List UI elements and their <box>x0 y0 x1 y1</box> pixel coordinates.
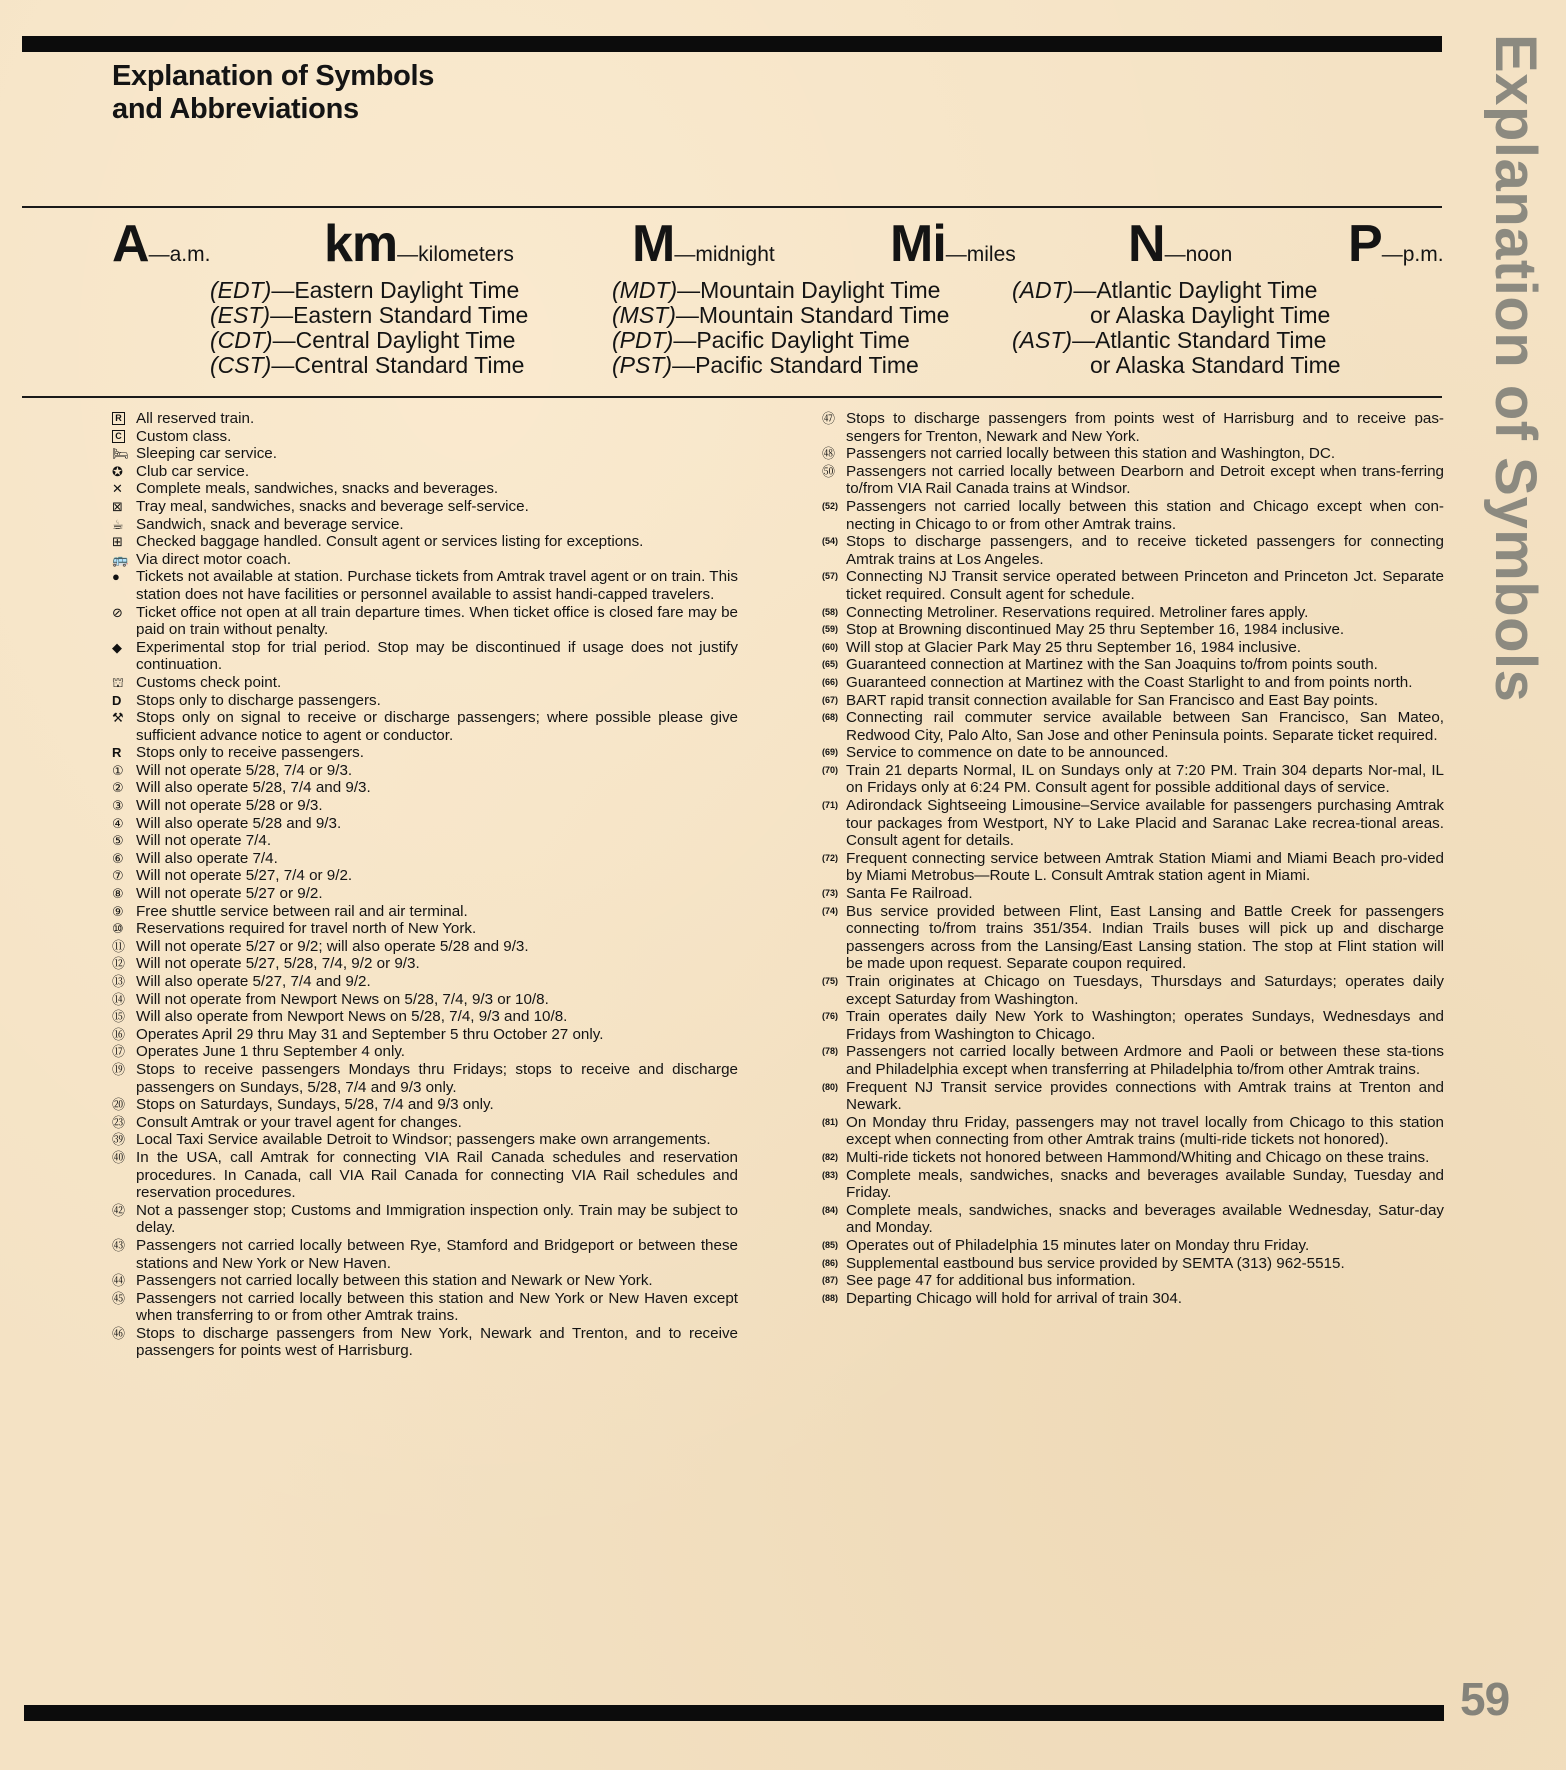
abbr-midnight: M —midnight <box>632 218 775 270</box>
circled-57-icon: (57) <box>822 568 846 586</box>
note-text: Stops to receive passengers Mondays thru… <box>136 1061 738 1096</box>
note-item: (75)Train originates at Chicago on Tuesd… <box>822 973 1444 1008</box>
circled-67-icon: (67) <box>822 692 846 710</box>
circled-19-icon: ⑲ <box>112 1061 136 1079</box>
circled-9-icon: ⑨ <box>112 903 136 921</box>
note-text: Sleeping car service. <box>136 445 738 463</box>
note-item: ⊘Ticket office not open at all train dep… <box>112 604 738 639</box>
abbr-meaning: —miles <box>946 243 1016 267</box>
receive-letter-icon: R <box>112 744 136 762</box>
circled-47-icon: ㊼ <box>822 410 846 428</box>
note-text: Train operates daily New York to Washing… <box>846 1008 1444 1043</box>
note-item: ✪Club car service. <box>112 463 738 481</box>
note-item: (86)Supplemental eastbound bus service p… <box>822 1255 1444 1273</box>
note-item: ㊽Passengers not carried locally between … <box>822 445 1444 463</box>
abbr-symbol: A <box>112 218 149 270</box>
circled-45-icon: ㊺ <box>112 1290 136 1308</box>
note-text: Customs check point. <box>136 674 738 692</box>
note-item: ☕Sandwich, snack and beverage service. <box>112 516 738 534</box>
circled-81-icon: (81) <box>822 1114 846 1132</box>
circled-68-icon: (68) <box>822 709 846 727</box>
note-item: CCustom class. <box>112 428 738 446</box>
circled-42-icon: ㊷ <box>112 1202 136 1220</box>
note-item: ㊼Stops to discharge passengers from poin… <box>822 410 1444 445</box>
note-text: Club car service. <box>136 463 738 481</box>
note-text: Stops to discharge passengers, and to re… <box>846 533 1444 568</box>
note-item: (70)Train 21 departs Normal, IL on Sunda… <box>822 762 1444 797</box>
note-item: (73)Santa Fe Railroad. <box>822 885 1444 903</box>
circled-12-icon: ⑫ <box>112 955 136 973</box>
note-text: Connecting rail commuter service availab… <box>846 709 1444 744</box>
tz-line: (ADT)—Atlantic Daylight Time <box>1012 278 1341 303</box>
note-item: ⑥Will also operate 7/4. <box>112 850 738 868</box>
note-item: (80)Frequent NJ Transit service provides… <box>822 1079 1444 1114</box>
tray-meal-icon: ⊠ <box>112 498 136 516</box>
note-text: Frequent connecting service between Amtr… <box>846 850 1444 885</box>
no-ticket-office-icon: ⊘ <box>112 604 136 622</box>
note-item: ⑩Reservations required for travel north … <box>112 920 738 938</box>
note-item: ✕Complete meals, sandwiches, snacks and … <box>112 480 738 498</box>
abbr-meaning: —midnight <box>674 243 774 267</box>
bottom-rule <box>24 1705 1444 1721</box>
circled-2-icon: ② <box>112 779 136 797</box>
note-text: Experimental stop for trial period. Stop… <box>136 639 738 674</box>
note-text: Stops to discharge passengers from point… <box>846 410 1444 445</box>
note-item: 🛏Sleeping car service. <box>112 445 738 463</box>
sleeping-car-icon: 🛏 <box>112 445 136 463</box>
tz-line: or Alaska Daylight Time <box>1012 303 1341 328</box>
note-text: Will not operate 5/27 or 9/2; will also … <box>136 938 738 956</box>
abbr-symbol: km <box>324 218 397 270</box>
note-item: ㊻Stops to discharge passengers from New … <box>112 1325 738 1360</box>
notes-right-column: ㊼Stops to discharge passengers from poin… <box>822 410 1444 1307</box>
note-text: Tickets not available at station. Purcha… <box>136 568 738 603</box>
note-item: (71)Adirondack Sightseeing Limousine–Ser… <box>822 797 1444 850</box>
note-text: Will also operate 5/28 and 9/3. <box>136 815 738 833</box>
circled-80-icon: (80) <box>822 1079 846 1097</box>
tz-line: (PST)—Pacific Standard Time <box>612 353 949 378</box>
note-text: Passengers not carried locally between R… <box>136 1237 738 1272</box>
circled-82-icon: (82) <box>822 1149 846 1167</box>
circled-23-icon: ㉓ <box>112 1114 136 1132</box>
note-text: Will not operate 5/27 or 9/2. <box>136 885 738 903</box>
note-text: In the USA, call Amtrak for connecting V… <box>136 1149 738 1202</box>
custom-class-box-icon: C <box>112 428 136 446</box>
page-title: Explanation of Symbols and Abbreviations <box>112 60 434 126</box>
bullet-icon: ● <box>112 568 136 586</box>
note-item: DStops only to discharge passengers. <box>112 692 738 710</box>
note-text: Multi-ride tickets not honored between H… <box>846 1149 1444 1167</box>
circled-11-icon: ⑪ <box>112 938 136 956</box>
note-text: Guaranteed connection at Martinez with t… <box>846 674 1444 692</box>
note-text: Consult Amtrak or your travel agent for … <box>136 1114 738 1132</box>
note-item: ①Will not operate 5/28, 7/4 or 9/3. <box>112 762 738 780</box>
note-text: Tray meal, sandwiches, snacks and bevera… <box>136 498 738 516</box>
note-item: ㉓Consult Amtrak or your travel agent for… <box>112 1114 738 1132</box>
note-text: Connecting Metroliner. Reservations requ… <box>846 604 1444 622</box>
note-text: Train 21 departs Normal, IL on Sundays o… <box>846 762 1444 797</box>
circled-74-icon: (74) <box>822 903 846 921</box>
circled-83-icon: (83) <box>822 1167 846 1185</box>
note-item: ⊠Tray meal, sandwiches, snacks and bever… <box>112 498 738 516</box>
abbr-noon: N —noon <box>1128 218 1232 270</box>
note-text: Will not operate 5/28, 7/4 or 9/3. <box>136 762 738 780</box>
note-text: Will not operate 5/27, 5/28, 7/4, 9/2 or… <box>136 955 738 973</box>
note-item: ⑲Stops to receive passengers Mondays thr… <box>112 1061 738 1096</box>
note-item: (88)Departing Chicago will hold for arri… <box>822 1290 1444 1308</box>
note-text: Connecting NJ Transit service operated b… <box>846 568 1444 603</box>
note-text: Will also operate 5/27, 7/4 and 9/2. <box>136 973 738 991</box>
abbreviations-row: A —a.m. km —kilometers M —midnight Mi —m… <box>0 218 1445 278</box>
note-text: All reserved train. <box>136 410 738 428</box>
note-item: ⑯Operates April 29 thru May 31 and Septe… <box>112 1026 738 1044</box>
note-text: Service to commence on date to be announ… <box>846 744 1444 762</box>
note-item: (58)Connecting Metroliner. Reservations … <box>822 604 1444 622</box>
circled-17-icon: ⑰ <box>112 1043 136 1061</box>
baggage-icon: ⊞ <box>112 533 136 551</box>
note-item: (52)Passengers not carried locally betwe… <box>822 498 1444 533</box>
note-item: (85)Operates out of Philadelphia 15 minu… <box>822 1237 1444 1255</box>
note-item: ⑫Will not operate 5/27, 5/28, 7/4, 9/2 o… <box>112 955 738 973</box>
circled-75-icon: (75) <box>822 973 846 991</box>
note-item: RAll reserved train. <box>112 410 738 428</box>
note-item: ⊞Checked baggage handled. Consult agent … <box>112 533 738 551</box>
top-rule <box>22 36 1442 52</box>
note-text: Custom class. <box>136 428 738 446</box>
circled-50-icon: ㊿ <box>822 463 846 481</box>
abbr-am: A —a.m. <box>112 218 210 270</box>
circled-44-icon: ㊹ <box>112 1272 136 1290</box>
note-item: (82)Multi-ride tickets not honored betwe… <box>822 1149 1444 1167</box>
note-item: (65)Guaranteed connection at Martinez wi… <box>822 656 1444 674</box>
note-text: Not a passenger stop; Customs and Immigr… <box>136 1202 738 1237</box>
note-text: Passengers not carried locally between D… <box>846 463 1444 498</box>
circled-40-icon: ㊵ <box>112 1149 136 1167</box>
note-item: ⑦Will not operate 5/27, 7/4 or 9/2. <box>112 867 738 885</box>
circled-1-icon: ① <box>112 762 136 780</box>
note-text: Complete meals, sandwiches, snacks and b… <box>846 1202 1444 1237</box>
circled-8-icon: ⑧ <box>112 885 136 903</box>
note-item: 🚌Via direct motor coach. <box>112 551 738 569</box>
notes-left-column: RAll reserved train.CCustom class.🛏Sleep… <box>112 410 738 1360</box>
note-item: ●Tickets not available at station. Purch… <box>112 568 738 603</box>
note-text: Train originates at Chicago on Tuesdays,… <box>846 973 1444 1008</box>
note-item: ◆Experimental stop for trial period. Sto… <box>112 639 738 674</box>
abbr-meaning: —a.m. <box>149 243 211 267</box>
abbr-meaning: —p.m. <box>1382 243 1444 267</box>
circled-69-icon: (69) <box>822 744 846 762</box>
abbr-meaning: —kilometers <box>397 243 514 267</box>
note-text: Operates April 29 thru May 31 and Septem… <box>136 1026 738 1044</box>
note-text: Will stop at Glacier Park May 25 thru Se… <box>846 639 1444 657</box>
circled-71-icon: (71) <box>822 797 846 815</box>
note-item: ⛫Customs check point. <box>112 674 738 692</box>
abbr-miles: Mi —miles <box>890 218 1016 270</box>
circled-76-icon: (76) <box>822 1008 846 1026</box>
side-title: Explanation of Symbols <box>1482 34 1549 702</box>
circled-16-icon: ⑯ <box>112 1026 136 1044</box>
note-text: Stops only to receive passengers. <box>136 744 738 762</box>
note-text: See page 47 for additional bus informati… <box>846 1272 1444 1290</box>
abbreviation-top-divider <box>22 206 1442 208</box>
abbr-pm: P —p.m. <box>1348 218 1444 270</box>
circled-85-icon: (85) <box>822 1237 846 1255</box>
note-item: (81)On Monday thru Friday, passengers ma… <box>822 1114 1444 1149</box>
page-title-line1: Explanation of Symbols <box>112 60 434 93</box>
circled-54-icon: (54) <box>822 533 846 551</box>
note-text: Will not operate 5/28 or 9/3. <box>136 797 738 815</box>
note-item: ⑰Operates June 1 thru September 4 only. <box>112 1043 738 1061</box>
note-text: Free shuttle service between rail and ai… <box>136 903 738 921</box>
note-item: ③Will not operate 5/28 or 9/3. <box>112 797 738 815</box>
circled-5-icon: ⑤ <box>112 832 136 850</box>
note-text: Passengers not carried locally between A… <box>846 1043 1444 1078</box>
note-item: (66)Guaranteed connection at Martinez wi… <box>822 674 1444 692</box>
circled-43-icon: ㊸ <box>112 1237 136 1255</box>
note-item: (76)Train operates daily New York to Was… <box>822 1008 1444 1043</box>
abbr-km: km —kilometers <box>324 218 514 270</box>
circled-84-icon: (84) <box>822 1202 846 1220</box>
reserved-box-icon: R <box>112 410 136 428</box>
note-item: (83)Complete meals, sandwiches, snacks a… <box>822 1167 1444 1202</box>
note-item: (87)See page 47 for additional bus infor… <box>822 1272 1444 1290</box>
circled-48-icon: ㊽ <box>822 445 846 463</box>
circled-39-icon: ㊴ <box>112 1131 136 1149</box>
cup-icon: ☕ <box>112 516 136 534</box>
note-text: Adirondack Sightseeing Limousine–Service… <box>846 797 1444 850</box>
note-item: (68)Connecting rail commuter service ava… <box>822 709 1444 744</box>
note-item: ㊷Not a passenger stop; Customs and Immig… <box>112 1202 738 1237</box>
note-text: Operates June 1 thru September 4 only. <box>136 1043 738 1061</box>
note-text: Stops to discharge passengers from New Y… <box>136 1325 738 1360</box>
note-item: ⑭Will not operate from Newport News on 5… <box>112 991 738 1009</box>
note-item: ⑬Will also operate 5/27, 7/4 and 9/2. <box>112 973 738 991</box>
note-text: Supplemental eastbound bus service provi… <box>846 1255 1444 1273</box>
note-text: Frequent NJ Transit service provides con… <box>846 1079 1444 1114</box>
tz-line: (EDT)—Eastern Daylight Time <box>210 278 528 303</box>
note-item: RStops only to receive passengers. <box>112 744 738 762</box>
circled-88-icon: (88) <box>822 1290 846 1308</box>
time-zones-mountain-pacific: (MDT)—Mountain Daylight Time (MST)—Mount… <box>612 278 949 378</box>
abbr-symbol: P <box>1348 218 1382 270</box>
tz-line: (EST)—Eastern Standard Time <box>210 303 528 328</box>
note-item: ⑳Stops on Saturdays, Sundays, 5/28, 7/4 … <box>112 1096 738 1114</box>
note-item: ⑧Will not operate 5/27 or 9/2. <box>112 885 738 903</box>
note-item: (60)Will stop at Glacier Park May 25 thr… <box>822 639 1444 657</box>
tz-line: or Alaska Standard Time <box>1012 353 1341 378</box>
circled-87-icon: (87) <box>822 1272 846 1290</box>
note-text: Departing Chicago will hold for arrival … <box>846 1290 1444 1308</box>
page-title-line2: and Abbreviations <box>112 93 434 126</box>
abbr-meaning: —noon <box>1165 243 1233 267</box>
note-text: Will not operate from Newport News on 5/… <box>136 991 738 1009</box>
circled-20-icon: ⑳ <box>112 1096 136 1114</box>
tz-line: (CDT)—Central Daylight Time <box>210 328 528 353</box>
tz-line: (MDT)—Mountain Daylight Time <box>612 278 949 303</box>
note-text: Passengers not carried locally between t… <box>846 498 1444 533</box>
circled-59-icon: (59) <box>822 621 846 639</box>
abbreviation-bottom-divider <box>22 396 1442 398</box>
note-item: (54)Stops to discharge passengers, and t… <box>822 533 1444 568</box>
discharge-letter-icon: D <box>112 692 136 710</box>
note-text: Operates out of Philadelphia 15 minutes … <box>846 1237 1444 1255</box>
note-text: Stops only to discharge passengers. <box>136 692 738 710</box>
abbr-symbol: M <box>632 218 674 270</box>
circled-73-icon: (73) <box>822 885 846 903</box>
circled-4-icon: ④ <box>112 815 136 833</box>
circled-66-icon: (66) <box>822 674 846 692</box>
time-zones-eastern-central: (EDT)—Eastern Daylight Time (EST)—Easter… <box>210 278 528 378</box>
circled-15-icon: ⑮ <box>112 1008 136 1026</box>
note-text: Guaranteed connection at Martinez with t… <box>846 656 1444 674</box>
circled-13-icon: ⑬ <box>112 973 136 991</box>
note-text: On Monday thru Friday, passengers may no… <box>846 1114 1444 1149</box>
note-text: Will also operate from Newport News on 5… <box>136 1008 738 1026</box>
note-text: Santa Fe Railroad. <box>846 885 1444 903</box>
circled-10-icon: ⑩ <box>112 920 136 938</box>
club-car-icon: ✪ <box>112 463 136 481</box>
note-item: ⑪Will not operate 5/27 or 9/2; will also… <box>112 938 738 956</box>
note-text: Bus service provided between Flint, East… <box>846 903 1444 973</box>
circled-6-icon: ⑥ <box>112 850 136 868</box>
page-number: 59 <box>1460 1672 1509 1726</box>
note-item: ㊵In the USA, call Amtrak for connecting … <box>112 1149 738 1202</box>
circled-58-icon: (58) <box>822 604 846 622</box>
tz-line: (AST)—Atlantic Standard Time <box>1012 328 1341 353</box>
note-text: Checked baggage handled. Consult agent o… <box>136 533 738 551</box>
note-item: ⚒Stops only on signal to receive or disc… <box>112 709 738 744</box>
diamond-icon: ◆ <box>112 639 136 657</box>
circled-86-icon: (86) <box>822 1255 846 1273</box>
note-text: Local Taxi Service available Detroit to … <box>136 1131 738 1149</box>
note-text: Passengers not carried locally between t… <box>136 1290 738 1325</box>
circled-14-icon: ⑭ <box>112 991 136 1009</box>
note-item: ⑤Will not operate 7/4. <box>112 832 738 850</box>
note-text: BART rapid transit connection available … <box>846 692 1444 710</box>
note-item: (78)Passengers not carried locally betwe… <box>822 1043 1444 1078</box>
abbr-symbol: Mi <box>890 218 946 270</box>
tz-line: (PDT)—Pacific Daylight Time <box>612 328 949 353</box>
note-text: Stops only on signal to receive or disch… <box>136 709 738 744</box>
fork-knife-icon: ✕ <box>112 480 136 498</box>
note-text: Via direct motor coach. <box>136 551 738 569</box>
note-item: ㊺Passengers not carried locally between … <box>112 1290 738 1325</box>
circled-52-icon: (52) <box>822 498 846 516</box>
note-item: ㊹Passengers not carried locally between … <box>112 1272 738 1290</box>
note-item: (84)Complete meals, sandwiches, snacks a… <box>822 1202 1444 1237</box>
note-item: (67)BART rapid transit connection availa… <box>822 692 1444 710</box>
note-item: (74)Bus service provided between Flint, … <box>822 903 1444 973</box>
note-item: ④Will also operate 5/28 and 9/3. <box>112 815 738 833</box>
note-text: Passengers not carried locally between t… <box>846 445 1444 463</box>
note-item: ㊴Local Taxi Service available Detroit to… <box>112 1131 738 1149</box>
time-zones-atlantic-alaska: (ADT)—Atlantic Daylight Time or Alaska D… <box>1012 278 1341 378</box>
customs-icon: ⛫ <box>112 674 136 692</box>
note-item: ⑨Free shuttle service between rail and a… <box>112 903 738 921</box>
note-text: Passengers not carried locally between t… <box>136 1272 738 1290</box>
circled-65-icon: (65) <box>822 656 846 674</box>
note-item: (69)Service to commence on date to be an… <box>822 744 1444 762</box>
note-item: ⑮Will also operate from Newport News on … <box>112 1008 738 1026</box>
note-text: Stops on Saturdays, Sundays, 5/28, 7/4 a… <box>136 1096 738 1114</box>
flag-stop-icon: ⚒ <box>112 709 136 727</box>
note-item: (59)Stop at Browning discontinued May 25… <box>822 621 1444 639</box>
note-text: Will not operate 7/4. <box>136 832 738 850</box>
circled-7-icon: ⑦ <box>112 867 136 885</box>
note-text: Sandwich, snack and beverage service. <box>136 516 738 534</box>
circled-3-icon: ③ <box>112 797 136 815</box>
tz-line: (CST)—Central Standard Time <box>210 353 528 378</box>
tz-line: (MST)—Mountain Standard Time <box>612 303 949 328</box>
bus-icon: 🚌 <box>112 551 136 569</box>
note-item: ㊿Passengers not carried locally between … <box>822 463 1444 498</box>
circled-70-icon: (70) <box>822 762 846 780</box>
abbr-symbol: N <box>1128 218 1165 270</box>
note-text: Will also operate 7/4. <box>136 850 738 868</box>
circled-46-icon: ㊻ <box>112 1325 136 1343</box>
note-text: Ticket office not open at all train depa… <box>136 604 738 639</box>
note-text: Stop at Browning discontinued May 25 thr… <box>846 621 1444 639</box>
note-text: Complete meals, sandwiches, snacks and b… <box>846 1167 1444 1202</box>
note-item: (57)Connecting NJ Transit service operat… <box>822 568 1444 603</box>
note-item: ②Will also operate 5/28, 7/4 and 9/3. <box>112 779 738 797</box>
circled-72-icon: (72) <box>822 850 846 868</box>
note-item: (72)Frequent connecting service between … <box>822 850 1444 885</box>
note-text: Complete meals, sandwiches, snacks and b… <box>136 480 738 498</box>
note-text: Reservations required for travel north o… <box>136 920 738 938</box>
circled-60-icon: (60) <box>822 639 846 657</box>
note-text: Will also operate 5/28, 7/4 and 9/3. <box>136 779 738 797</box>
note-text: Will not operate 5/27, 7/4 or 9/2. <box>136 867 738 885</box>
note-item: ㊸Passengers not carried locally between … <box>112 1237 738 1272</box>
circled-78-icon: (78) <box>822 1043 846 1061</box>
